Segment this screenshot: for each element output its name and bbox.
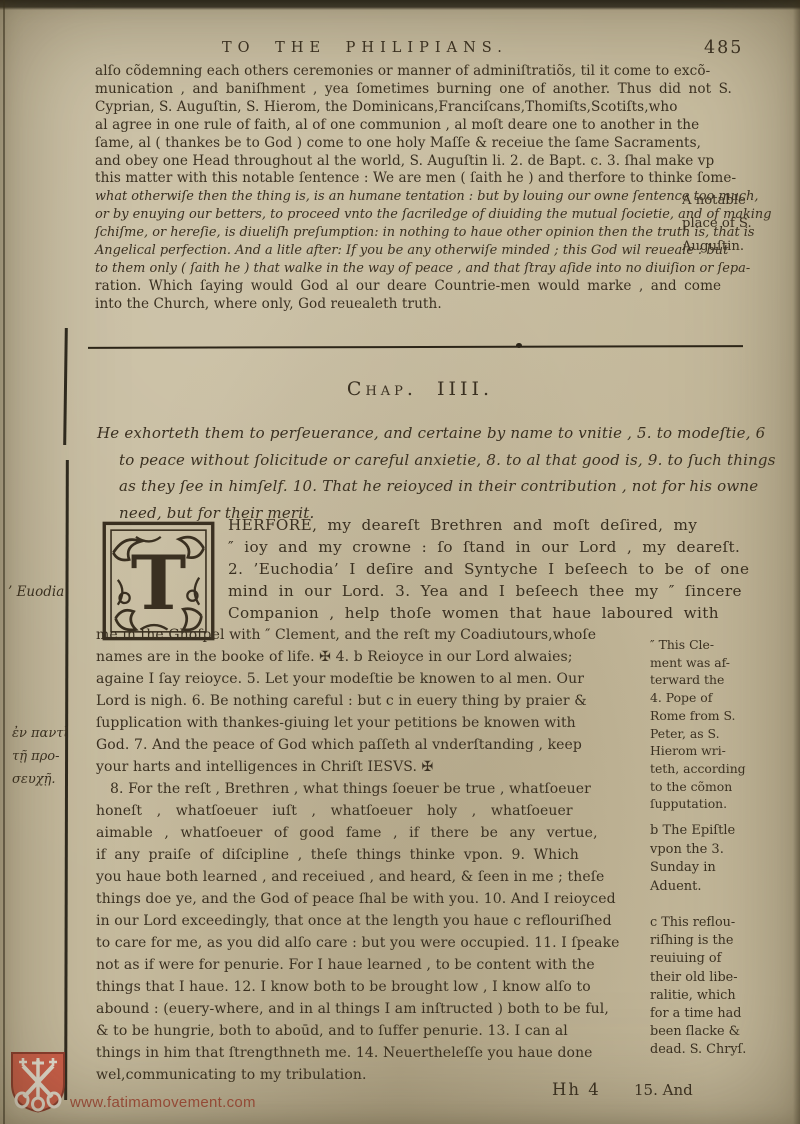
commentary-line: ſchiſme, or hereſie, is diueliſh preſump… — [95, 224, 755, 242]
margin-note-line: reuiuing of — [650, 950, 798, 968]
chapter-heading: Chap. IIII. — [95, 378, 745, 400]
verse-line: Companion , help thoſe women that haue l… — [228, 602, 749, 624]
greek-line: τῇ προ- — [12, 745, 69, 768]
verse-line: 2. ’Euchodia’ I deſire and Syntyche I be… — [228, 558, 749, 580]
margin-note-euodia: ’ Euodia — [8, 584, 64, 600]
margin-note-line: terward the — [650, 671, 798, 689]
watermark-url: www.fatimamovement.com — [70, 1094, 256, 1111]
page-edge-top — [0, 0, 800, 10]
section-rule-horizontal — [88, 345, 743, 349]
margin-note-line: c This reflou- — [650, 914, 798, 932]
verse-line: ″ ioy and my crowne : ſo ſtand in our Lo… — [228, 536, 749, 558]
margin-note-greek: ἐν παντὶ τῇ προ- σευχῇ. — [12, 722, 69, 791]
page-number: 485 — [704, 38, 743, 58]
catchword: 15. And — [634, 1081, 693, 1099]
verse-line: mind in our Lord. 3. Yea and I beſeech t… — [228, 580, 749, 602]
margin-note-clement: ″ This Cle- ment was af- terward the 4. … — [650, 636, 798, 813]
margin-note-line: been ſlacke & — [650, 1023, 798, 1041]
margin-note-line: Sunday in — [650, 859, 798, 878]
argument-line: as they ſee in himſelf. 10. That he reio… — [97, 473, 776, 500]
column-rule-vertical — [63, 328, 67, 445]
commentary-line: this matter with this notable ſentence :… — [95, 170, 755, 188]
margin-note-line: Auguſtin. — [682, 236, 752, 259]
margin-note-line: for a time had — [650, 1005, 798, 1023]
margin-note-line: A notable — [682, 190, 752, 213]
margin-note-line: ment was af- — [650, 654, 798, 672]
commentary-line: or by enuying our betters, to proceed vn… — [95, 206, 755, 224]
margin-note-line: Rome from S. — [650, 707, 798, 725]
commentary-line: to them only ( ſaith he ) that walke in … — [95, 260, 755, 278]
commentary-line: munication , and baniſhment , yea ſometi… — [95, 81, 755, 99]
commentary-line: what otherwiſe then the thing is, is an … — [95, 188, 755, 206]
papal-keys-shield-icon — [8, 1050, 68, 1113]
margin-note-augustin: A notable place of S. Auguſtin. — [682, 190, 752, 258]
margin-note-line: place of S. — [682, 213, 752, 236]
greek-line: σευχῇ. — [12, 768, 69, 791]
margin-note-line: ″ This Cle- — [650, 636, 798, 654]
margin-note-line: ſupputation. — [650, 795, 798, 813]
commentary-line: and obey one Head throughout al the worl… — [95, 153, 755, 171]
margin-note-line: teth, according — [650, 760, 798, 778]
top-commentary: alſo cõdemning each others ceremonies or… — [95, 63, 755, 314]
margin-note-line: Peter, as S. — [650, 725, 798, 743]
margin-note-line: Hierom wri- — [650, 742, 798, 760]
commentary-line: alſo cõdemning each others ceremonies or… — [95, 63, 755, 81]
margin-note-reflourishing: c This reflou- riſhing is the reuiuing o… — [650, 914, 798, 1060]
margin-note-line: riſhing is the — [650, 932, 798, 950]
margin-note-line: vpon the 3. — [650, 841, 798, 860]
margin-note-epistle: b The Epiſtle vpon the 3. Sunday in Adue… — [650, 822, 798, 896]
chapter-argument: He exhorteth them to perſeuerance, and c… — [97, 420, 776, 526]
commentary-line: Cyprian, S. Auguſtin, S. Hierom, the Dom… — [95, 99, 755, 117]
commentary-line: ſame, al ( thankes be to God ) come to o… — [95, 135, 755, 153]
scanned-book-page: TO THE PHILIPIANS. 485 alſo cõdemning ea… — [0, 0, 800, 1124]
commentary-line: ration. Which ſaying would God al our de… — [95, 278, 755, 296]
margin-note-line: b The Epiſtle — [650, 822, 798, 841]
margin-note-line: dead. S. Chryſ. — [650, 1041, 798, 1059]
greek-line: ἐν παντὶ — [12, 722, 69, 745]
argument-line: to peace without ſolicitude or careful a… — [97, 447, 776, 474]
margin-note-line: ralitie, which — [650, 987, 798, 1005]
running-title: TO THE PHILIPIANS. — [222, 40, 508, 56]
rule-ink-dot — [516, 343, 522, 348]
commentary-line: Angelical perfection. And a litle after:… — [95, 242, 755, 260]
margin-note-line: their old libe- — [650, 969, 798, 987]
signature-mark: Hh 4 — [552, 1080, 601, 1099]
argument-line: He exhorteth them to perſeuerance, and c… — [97, 420, 776, 447]
margin-note-line: to the cõmon — [650, 778, 798, 796]
margin-note-line: Aduent. — [650, 878, 798, 897]
commentary-line: al agree in one rule of faith, al of one… — [95, 117, 755, 135]
commentary-line: into the Church, where only, God reueale… — [95, 296, 755, 314]
verse-line: HERFORE, my deareſt Brethren and moſt de… — [228, 514, 749, 536]
margin-note-line: 4. Pope of — [650, 689, 798, 707]
page-edge-left — [3, 0, 5, 1124]
